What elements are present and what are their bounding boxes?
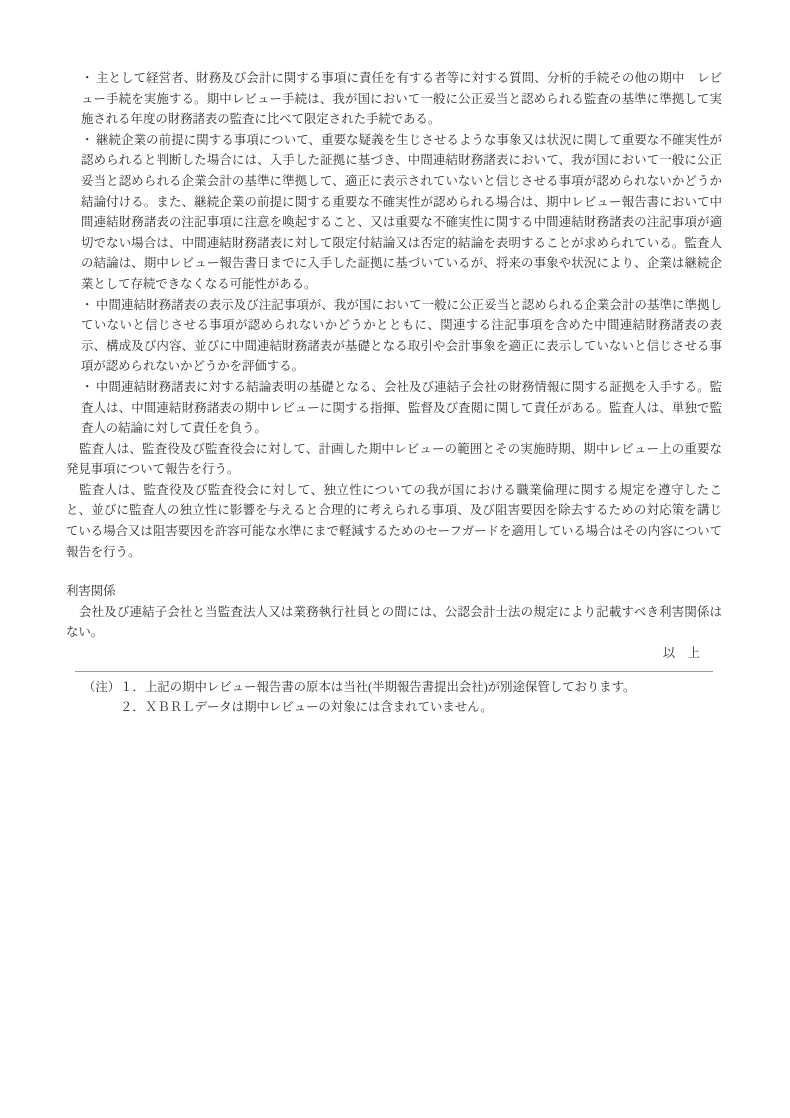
footnote-number: ２．	[120, 697, 145, 718]
footnote-label: （注）	[83, 677, 120, 698]
section-heading-interests: 利害関係	[66, 581, 722, 602]
audit-procedures-bullet-list: ・ 主として経営者、財務及び会計に関する事項に責任を有する者等に対する質問、分析…	[66, 68, 722, 439]
footnote-items: １． 上記の期中レビュー報告書の原本は当社(半期報告書提出会社)が別途保管してお…	[120, 677, 722, 718]
document-page: ・ 主として経営者、財務及び会計に関する事項に責任を有する者等に対する質問、分析…	[0, 0, 790, 1118]
bullet-item-evidence-responsibility: ・ 中間連結財務諸表に対する結論表明の基礎となる、会社及び連結子会社の財務情報に…	[81, 377, 722, 439]
footnotes: （注） １． 上記の期中レビュー報告書の原本は当社(半期報告書提出会社)が別途保…	[83, 677, 722, 718]
bullet-icon: ・	[81, 295, 93, 316]
bullet-text: 継続企業の前提に関する事項について、重要な疑義を生じさせるような事象又は状況に関…	[81, 133, 722, 291]
footnote-item-original-storage: １． 上記の期中レビュー報告書の原本は当社(半期報告書提出会社)が別途保管してお…	[120, 677, 722, 698]
bullet-text: 中間連結財務諸表に対する結論表明の基礎となる、会社及び連結子会社の財務情報に関す…	[81, 380, 722, 435]
paragraph-independence: 監査人は、監査役及び監査役会に対して、独立性についての我が国における職業倫理に関…	[66, 480, 722, 562]
bullet-text: 中間連結財務諸表の表示及び注記事項が、我が国において一般に公正妥当と認められる企…	[81, 298, 722, 374]
paragraph-report-to-auditors: 監査人は、監査役及び監査役会に対して、計画した期中レビューの範囲とその実施時期、…	[66, 439, 722, 480]
bullet-icon: ・	[81, 130, 93, 151]
footnote-text: 上記の期中レビュー報告書の原本は当社(半期報告書提出会社)が別途保管しております…	[145, 677, 722, 698]
bullet-text: 主として経営者、財務及び会計に関する事項に責任を有する者等に対する質問、分析的手…	[81, 71, 722, 126]
footnote-number: １．	[120, 677, 145, 698]
paragraph-interests-body: 会社及び連結子会社と当監査法人又は業務執行社員との間には、公認会計士法の規定によ…	[66, 602, 722, 643]
closing-mark: 以 上	[66, 643, 722, 664]
bullet-icon: ・	[81, 377, 93, 398]
bullet-item-inquiry-procedures: ・ 主として経営者、財務及び会計に関する事項に責任を有する者等に対する質問、分析…	[81, 68, 722, 130]
bullet-item-going-concern: ・ 継続企業の前提に関する事項について、重要な疑義を生じさせるような事象又は状況…	[81, 130, 722, 295]
footnote-text: ＸＢＲＬデータは期中レビューの対象には含まれていません。	[145, 697, 722, 718]
footnote-item-xbrl: ２． ＸＢＲＬデータは期中レビューの対象には含まれていません。	[120, 697, 722, 718]
footnote-divider	[75, 671, 713, 672]
bullet-icon: ・	[81, 68, 93, 89]
bullet-item-presentation-evaluation: ・ 中間連結財務諸表の表示及び注記事項が、我が国において一般に公正妥当と認められ…	[81, 295, 722, 377]
